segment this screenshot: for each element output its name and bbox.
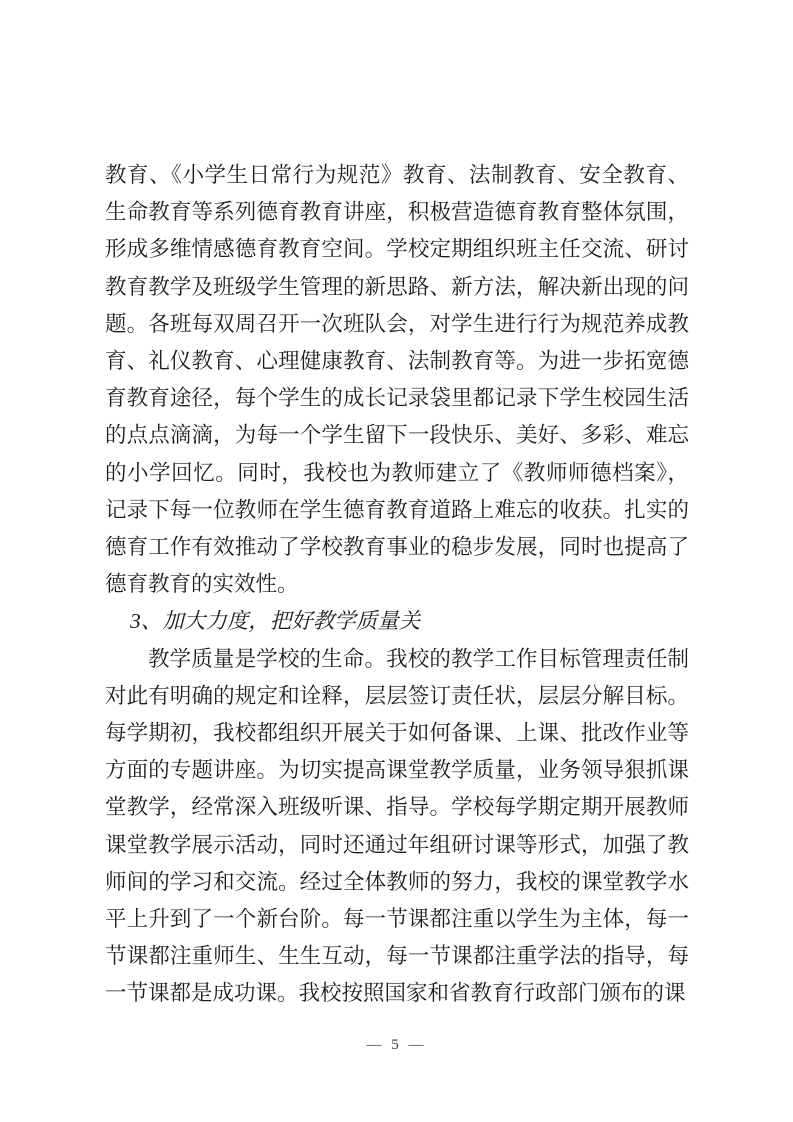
page-footer: — 5 — bbox=[0, 1036, 793, 1054]
section-heading-teaching-quality: 3、加大力度，把好教学质量关 bbox=[105, 603, 689, 640]
paragraph-moral-education-continuation: 教育、《小学生日常行为规范》教育、法制教育、安全教育、生命教育等系列德育教育讲座… bbox=[105, 157, 689, 603]
document-page: 教育、《小学生日常行为规范》教育、法制教育、安全教育、生命教育等系列德育教育讲座… bbox=[0, 0, 793, 1122]
page-number: — 5 — bbox=[367, 1037, 427, 1053]
paragraph-teaching-quality: 教学质量是学校的生命。我校的教学工作目标管理责任制对此有明确的规定和诠释，层层签… bbox=[105, 641, 689, 1013]
document-text-block: 教育、《小学生日常行为规范》教育、法制教育、安全教育、生命教育等系列德育教育讲座… bbox=[105, 157, 689, 1013]
